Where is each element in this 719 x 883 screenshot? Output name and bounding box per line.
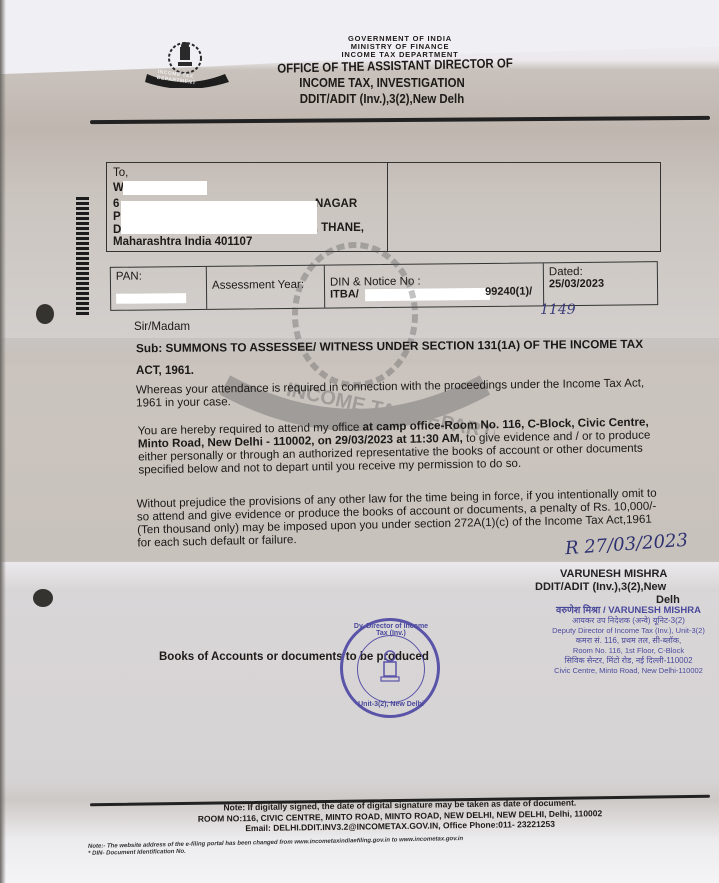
paper-edge-shadow bbox=[0, 0, 6, 883]
redacted-address bbox=[121, 201, 317, 234]
seal-line: Civic Centre, Minto Road, New Delhi-1100… bbox=[536, 666, 719, 676]
punch-hole-icon bbox=[33, 589, 53, 607]
signatory-name: VARUNESH MISHRA bbox=[560, 568, 667, 580]
seal-line: सिविक सेन्टर, मिंटो रोड, नई दिल्ली-11000… bbox=[536, 656, 719, 666]
punch-hole-icon bbox=[36, 304, 54, 324]
seal-line: वरुणेश मिश्रा / VARUNESH MISHRA bbox=[536, 606, 719, 616]
handwritten-notice-no: 1149 bbox=[540, 302, 576, 318]
signatory-designation-line1: DDIT/ADIT (Inv.),3(2),New bbox=[535, 581, 666, 593]
dated-value: 25/03/2023 bbox=[549, 277, 652, 290]
address-line-2-suffix: NAGAR bbox=[315, 198, 357, 210]
subject-line2: ACT, 1961. bbox=[136, 364, 194, 377]
salutation: Sir/Madam bbox=[134, 320, 190, 333]
round-official-stamp: Dy. Director of Income Tax (Inv.) Unit-3… bbox=[340, 618, 440, 718]
to-label: To, bbox=[113, 167, 128, 179]
stamp-emblem-icon bbox=[375, 649, 405, 685]
office-title-line3: DDIT/ADIT (Inv.),3(2),New Delh bbox=[237, 91, 527, 106]
address-line-3: P bbox=[113, 211, 121, 223]
address-line-2: 6 bbox=[113, 198, 119, 210]
address-line-4-suffix: T, THANE, bbox=[309, 222, 364, 234]
income-tax-emblem: INCOME TAX DEPARTMENT bbox=[145, 38, 230, 88]
redacted-pan bbox=[116, 293, 186, 304]
office-title-line2: INCOME TAX, INVESTIGATION bbox=[237, 75, 527, 90]
stamp-bottom-text: Unit-3(2), New Delhi bbox=[353, 701, 429, 708]
seal-line: कमरा सं. 116, प्रथम तल, सी-ब्लॉक, bbox=[536, 636, 719, 646]
dated-cell: Dated: 25/03/2023 bbox=[544, 262, 657, 305]
seal-line: Room No. 116, 1st Floor, C-Block bbox=[536, 646, 719, 656]
paragraph-summons: You are hereby required to attend my off… bbox=[138, 416, 651, 477]
barcode-icon bbox=[76, 197, 89, 315]
stamp-top-text: Dy. Director of Income Tax (Inv.) bbox=[351, 623, 431, 637]
official-seal-block: वरुणेश मिश्रा / VARUNESH MISHRA आयकर उप … bbox=[536, 606, 719, 676]
seal-line: आयकर उप निदेशक (अन्वे) यूनिट-3(2) bbox=[536, 616, 719, 626]
dated-label: Dated: bbox=[549, 265, 652, 278]
pan-cell: PAN: bbox=[111, 267, 207, 310]
redacted-name bbox=[123, 181, 207, 195]
seal-line: Deputy Director of Income Tax (Inv.), Un… bbox=[536, 626, 719, 636]
pan-label: PAN: bbox=[116, 270, 201, 283]
